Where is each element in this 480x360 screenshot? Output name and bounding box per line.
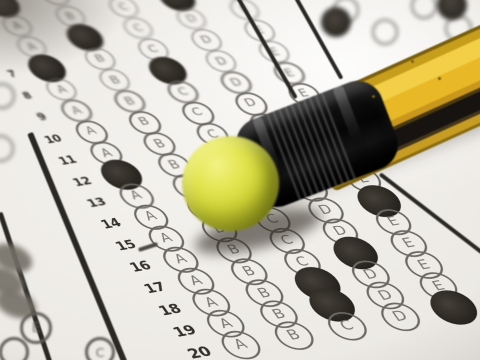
pencil-eraser (182, 136, 279, 231)
pencil-speck (411, 60, 414, 63)
photo-canvas: BCDEABCEACDE7BCDE8ABDE9ABCDE10ABCDE11ABC… (0, 0, 480, 360)
pencil-speck (438, 77, 441, 80)
pencil-speck (372, 95, 375, 98)
pencil (0, 0, 480, 360)
